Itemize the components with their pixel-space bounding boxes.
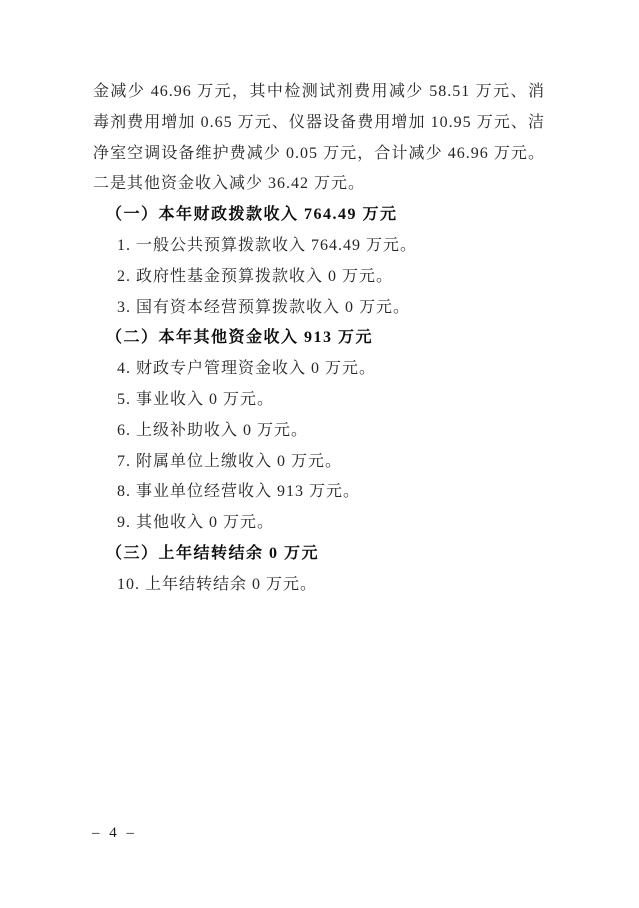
item-other-income: 9. 其他收入 0 万元。 xyxy=(93,508,545,539)
heading-fiscal-appropriation-income: （一）本年财政拨款收入 764.49 万元 xyxy=(93,200,545,231)
item-state-capital-budget-income: 3. 国有资本经营预算拨款收入 0 万元。 xyxy=(93,293,545,324)
item-general-public-budget-income: 1. 一般公共预算拨款收入 764.49 万元。 xyxy=(93,231,545,262)
item-prev-year-carryover: 10. 上年结转结余 0 万元。 xyxy=(93,570,545,601)
paragraph-other-funds-decrease: 金减少 46.96 万元，其中检测试剂费用减少 58.51 万元、消毒剂费用增加… xyxy=(93,77,545,200)
item-government-fund-budget-income: 2. 政府性基金预算拨款收入 0 万元。 xyxy=(93,262,545,293)
heading-prev-year-carryover: （三）上年结转结余 0 万元 xyxy=(93,539,545,570)
item-superior-subsidy-income: 6. 上级补助收入 0 万元。 xyxy=(93,416,545,447)
item-affiliated-unit-turnover-income: 7. 附属单位上缴收入 0 万元。 xyxy=(93,447,545,478)
document-page: 金减少 46.96 万元，其中检测试剂费用减少 58.51 万元、消毒剂费用增加… xyxy=(0,0,639,908)
document-content: 金减少 46.96 万元，其中检测试剂费用减少 58.51 万元、消毒剂费用增加… xyxy=(93,77,545,601)
item-business-operation-income: 8. 事业单位经营收入 913 万元。 xyxy=(93,477,545,508)
page-number: – 4 – xyxy=(92,825,137,842)
heading-other-funds-income: （二）本年其他资金收入 913 万元 xyxy=(93,323,545,354)
item-fiscal-special-account-income: 4. 财政专户管理资金收入 0 万元。 xyxy=(93,354,545,385)
item-institution-income: 5. 事业收入 0 万元。 xyxy=(93,385,545,416)
